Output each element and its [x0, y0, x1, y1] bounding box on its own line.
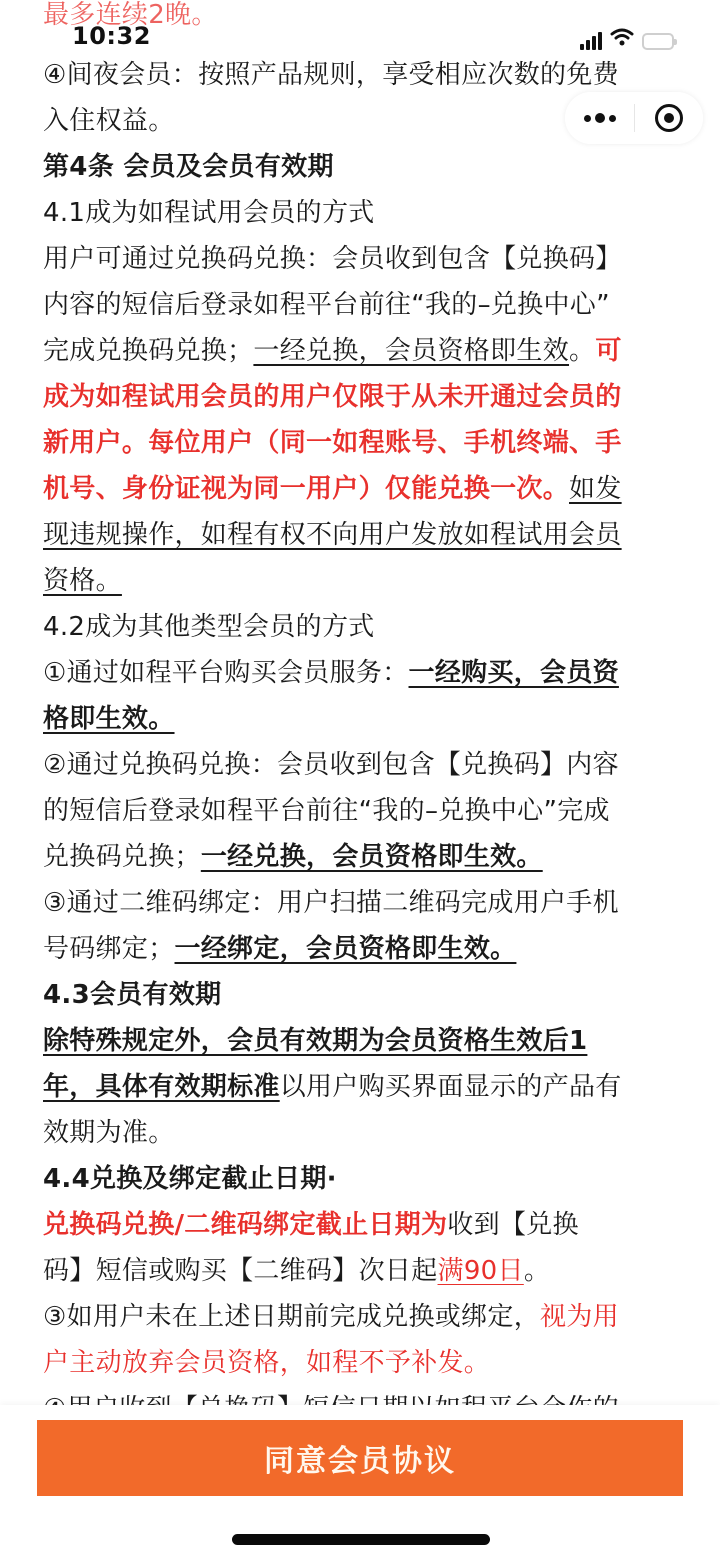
underlined-text: 一经兑换，会员资格即生效 [253, 336, 569, 366]
underlined-bold-text: 一经绑定，会员资格即生效。 [175, 934, 517, 964]
text-span: 收到【兑换 [447, 1210, 579, 1240]
text-line: 资格。 [43, 558, 675, 604]
underlined-line: 现违规操作，如程有权不向用户发放如程试用会员 [43, 512, 675, 558]
text-line: 完成兑换码兑换；一经兑换，会员资格即生效。可 [43, 328, 675, 374]
red-bold-text: 可 [595, 336, 621, 366]
text-line: 机号、身份证视为同一用户）仅能兑换一次。如发 [43, 466, 675, 512]
text-line: 效期为准。 [43, 1110, 675, 1156]
red-bold-text: 机号、身份证视为同一用户）仅能兑换一次。 [43, 474, 569, 504]
underlined-bold-text: 年，具体有效期标准 [43, 1072, 280, 1102]
status-time: 10:32 [72, 22, 151, 50]
red-line: 户主动放弃会员资格，如程不予补发。 [43, 1340, 675, 1386]
text-span: 。 [569, 336, 595, 366]
underlined-bold-text: 一经购买，会员资 [409, 658, 619, 688]
underlined-bold-text: 格即生效。 [43, 704, 175, 734]
battery-icon [642, 33, 674, 50]
text-line: 用户可通过兑换码兑换：会员收到包含【兑换码】 [43, 236, 675, 282]
text-line: 码】短信或购买【二维码】次日起满90日。 [43, 1248, 675, 1294]
status-icons [580, 28, 674, 50]
text-span: ①通过如程平台购买会员服务： [43, 658, 409, 688]
text-span: 以用户购买界面显示的产品有 [280, 1072, 622, 1102]
underlined-bold-text: 除特殊规定外，会员有效期为会员资格生效后1 [43, 1026, 587, 1056]
agreement-content: 最多连续2晚。 ④间夜会员：按照产品规则，享受相应次数的免费 入住权益。 第4条… [43, 0, 675, 1432]
text-line: 兑换码兑换/二维码绑定截止日期为收到【兑换 [43, 1202, 675, 1248]
text-line: 号码绑定；一经绑定，会员资格即生效。 [43, 926, 675, 972]
red-bold-line: 新用户。每位用户（同一如程账号、手机终端、手 [43, 420, 675, 466]
subsection-heading: 4.4兑换及绑定截止日期· [43, 1156, 675, 1202]
wifi-icon [610, 28, 634, 50]
red-bold-line: 成为如程试用会员的用户仅限于从未开通过会员的 [43, 374, 675, 420]
text-line: 除特殊规定外，会员有效期为会员资格生效后1 [43, 1018, 675, 1064]
text-span: 完成兑换码兑换； [43, 336, 253, 366]
text-line: ③如用户未在上述日期前完成兑换或绑定，视为用 [43, 1294, 675, 1340]
close-target-icon[interactable] [635, 104, 703, 132]
red-underlined-text: 满90日 [438, 1256, 524, 1286]
underlined-text: 资格。 [43, 566, 122, 596]
text-line: ③通过二维码绑定：用户扫描二维码完成用户手机 [43, 880, 675, 926]
text-line: 格即生效。 [43, 696, 675, 742]
text-span: 。 [524, 1256, 550, 1286]
text-line: 的短信后登录如程平台前往“我的–兑换中心”完成 [43, 788, 675, 834]
underlined-bold-text: 一经兑换，会员资格即生效。 [201, 842, 543, 872]
agree-membership-button[interactable]: 同意会员协议 [37, 1420, 683, 1496]
more-dots-icon[interactable] [565, 113, 634, 123]
home-indicator[interactable] [232, 1534, 490, 1545]
text-line: 年，具体有效期标准以用户购买界面显示的产品有 [43, 1064, 675, 1110]
text-span: 码】短信或购买【二维码】次日起 [43, 1256, 438, 1286]
signal-icon [580, 32, 602, 50]
red-text: 视为用 [540, 1302, 619, 1332]
text-span: 号码绑定； [43, 934, 175, 964]
subsection-heading: 4.2成为其他类型会员的方式 [43, 604, 675, 650]
subsection-heading: 4.3会员有效期 [43, 972, 675, 1018]
subsection-heading: 4.1成为如程试用会员的方式 [43, 190, 675, 236]
text-span: 兑换码兑换； [43, 842, 201, 872]
section-heading: 第4条 会员及会员有效期 [43, 144, 675, 190]
red-bold-text: 兑换码兑换/二维码绑定截止日期为 [43, 1210, 447, 1240]
text-line: ④间夜会员：按照产品规则，享受相应次数的免费 [43, 52, 675, 98]
text-line: 内容的短信后登录如程平台前往“我的–兑换中心” [43, 282, 675, 328]
text-line: 兑换码兑换；一经兑换，会员资格即生效。 [43, 834, 675, 880]
text-line: ①通过如程平台购买会员服务：一经购买，会员资 [43, 650, 675, 696]
text-line: ②通过兑换码兑换：会员收到包含【兑换码】内容 [43, 742, 675, 788]
text-span: ③如用户未在上述日期前完成兑换或绑定， [43, 1302, 540, 1332]
mini-program-capsule [565, 92, 703, 144]
underlined-text: 如发 [569, 474, 622, 504]
